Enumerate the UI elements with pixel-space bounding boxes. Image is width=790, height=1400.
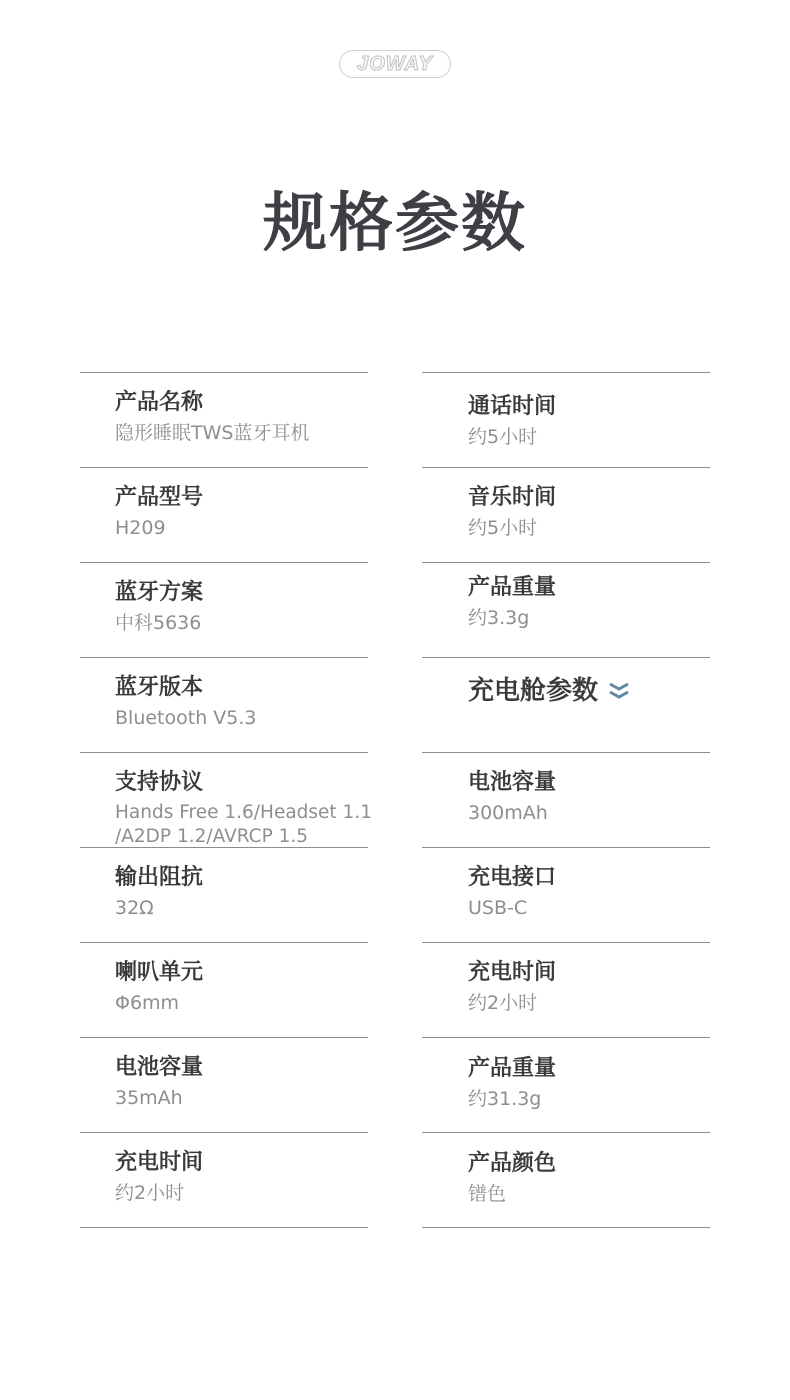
- spec-label: 音乐时间: [468, 484, 556, 512]
- spec-value: 约31.3g: [468, 1087, 541, 1111]
- chevron-double-down-icon: [608, 681, 630, 701]
- spec-value: 约5小时: [468, 425, 537, 449]
- spec-value: 约2小时: [468, 991, 537, 1015]
- spec-row: 音乐时间 约5小时: [422, 467, 710, 562]
- spec-label: 通话时间: [468, 393, 556, 421]
- spec-label: 蓝牙方案: [115, 579, 203, 607]
- spec-label: 产品名称: [115, 389, 203, 417]
- spec-value: 32Ω: [115, 896, 154, 920]
- charging-case-section-header: 充电舱参数: [422, 657, 710, 752]
- spec-label: 充电接口: [468, 864, 556, 892]
- spec-label: 充电时间: [115, 1149, 203, 1177]
- spec-row: 充电时间 约2小时: [80, 1132, 368, 1228]
- brand-logo-text: JOWAY: [357, 54, 433, 74]
- case-spec-column: 通话时间 约5小时 音乐时间 约5小时 产品重量 约3.3g 充电舱参数 电池容…: [422, 372, 710, 1228]
- spec-value: Bluetooth V5.3: [115, 706, 257, 730]
- spec-row: 蓝牙方案 中科5636: [80, 562, 368, 657]
- spec-label: 产品颜色: [468, 1150, 556, 1178]
- spec-value: 镨色: [468, 1182, 506, 1206]
- spec-value: H209: [115, 516, 166, 540]
- spec-row: 产品重量 约3.3g: [422, 562, 710, 657]
- spec-value: 隐形睡眠TWS蓝牙耳机: [115, 421, 309, 445]
- spec-label: 支持协议: [115, 769, 203, 797]
- spec-row: 电池容量 35mAh: [80, 1037, 368, 1132]
- brand-logo: JOWAY: [339, 50, 451, 78]
- spec-value: Hands Free 1.6/Headset 1.1: [115, 801, 372, 825]
- spec-row: 蓝牙版本 Bluetooth V5.3: [80, 657, 368, 752]
- spec-row: 充电接口 USB-C: [422, 847, 710, 942]
- spec-value: 约3.3g: [468, 606, 529, 630]
- spec-label: 蓝牙版本: [115, 674, 203, 702]
- spec-row: 产品名称 隐形睡眠TWS蓝牙耳机: [80, 372, 368, 467]
- section-title: 充电舱参数: [468, 674, 598, 708]
- spec-row: 产品型号 H209: [80, 467, 368, 562]
- spec-row: 喇叭单元 Φ6mm: [80, 942, 368, 1037]
- spec-row: 产品重量 约31.3g: [422, 1037, 710, 1132]
- spec-label: 输出阻抗: [115, 864, 203, 892]
- spec-value: 300mAh: [468, 801, 548, 825]
- spec-label: 产品重量: [468, 574, 556, 602]
- spec-label: 产品重量: [468, 1055, 556, 1083]
- spec-row: 支持协议 Hands Free 1.6/Headset 1.1 /A2DP 1.…: [80, 752, 368, 847]
- spec-value: 35mAh: [115, 1086, 183, 1110]
- spec-value: 约5小时: [468, 516, 537, 540]
- spec-value: 约2小时: [115, 1181, 184, 1205]
- spec-label: 充电时间: [468, 959, 556, 987]
- spec-row: 通话时间 约5小时: [422, 372, 710, 467]
- spec-value-line2: /A2DP 1.2/AVRCP 1.5: [115, 825, 308, 849]
- spec-label: 电池容量: [468, 769, 556, 797]
- spec-label: 电池容量: [115, 1054, 203, 1082]
- page-title: 规格参数: [0, 186, 790, 262]
- spec-value: Φ6mm: [115, 991, 179, 1015]
- spec-row: 电池容量 300mAh: [422, 752, 710, 847]
- spec-row: 输出阻抗 32Ω: [80, 847, 368, 942]
- spec-label: 产品型号: [115, 484, 203, 512]
- earbuds-spec-column: 产品名称 隐形睡眠TWS蓝牙耳机 产品型号 H209 蓝牙方案 中科5636 蓝…: [80, 372, 368, 1228]
- spec-row: 产品颜色 镨色: [422, 1132, 710, 1228]
- spec-row: 充电时间 约2小时: [422, 942, 710, 1037]
- spec-value: USB-C: [468, 896, 527, 920]
- spec-value: 中科5636: [115, 611, 201, 635]
- spec-label: 喇叭单元: [115, 959, 203, 987]
